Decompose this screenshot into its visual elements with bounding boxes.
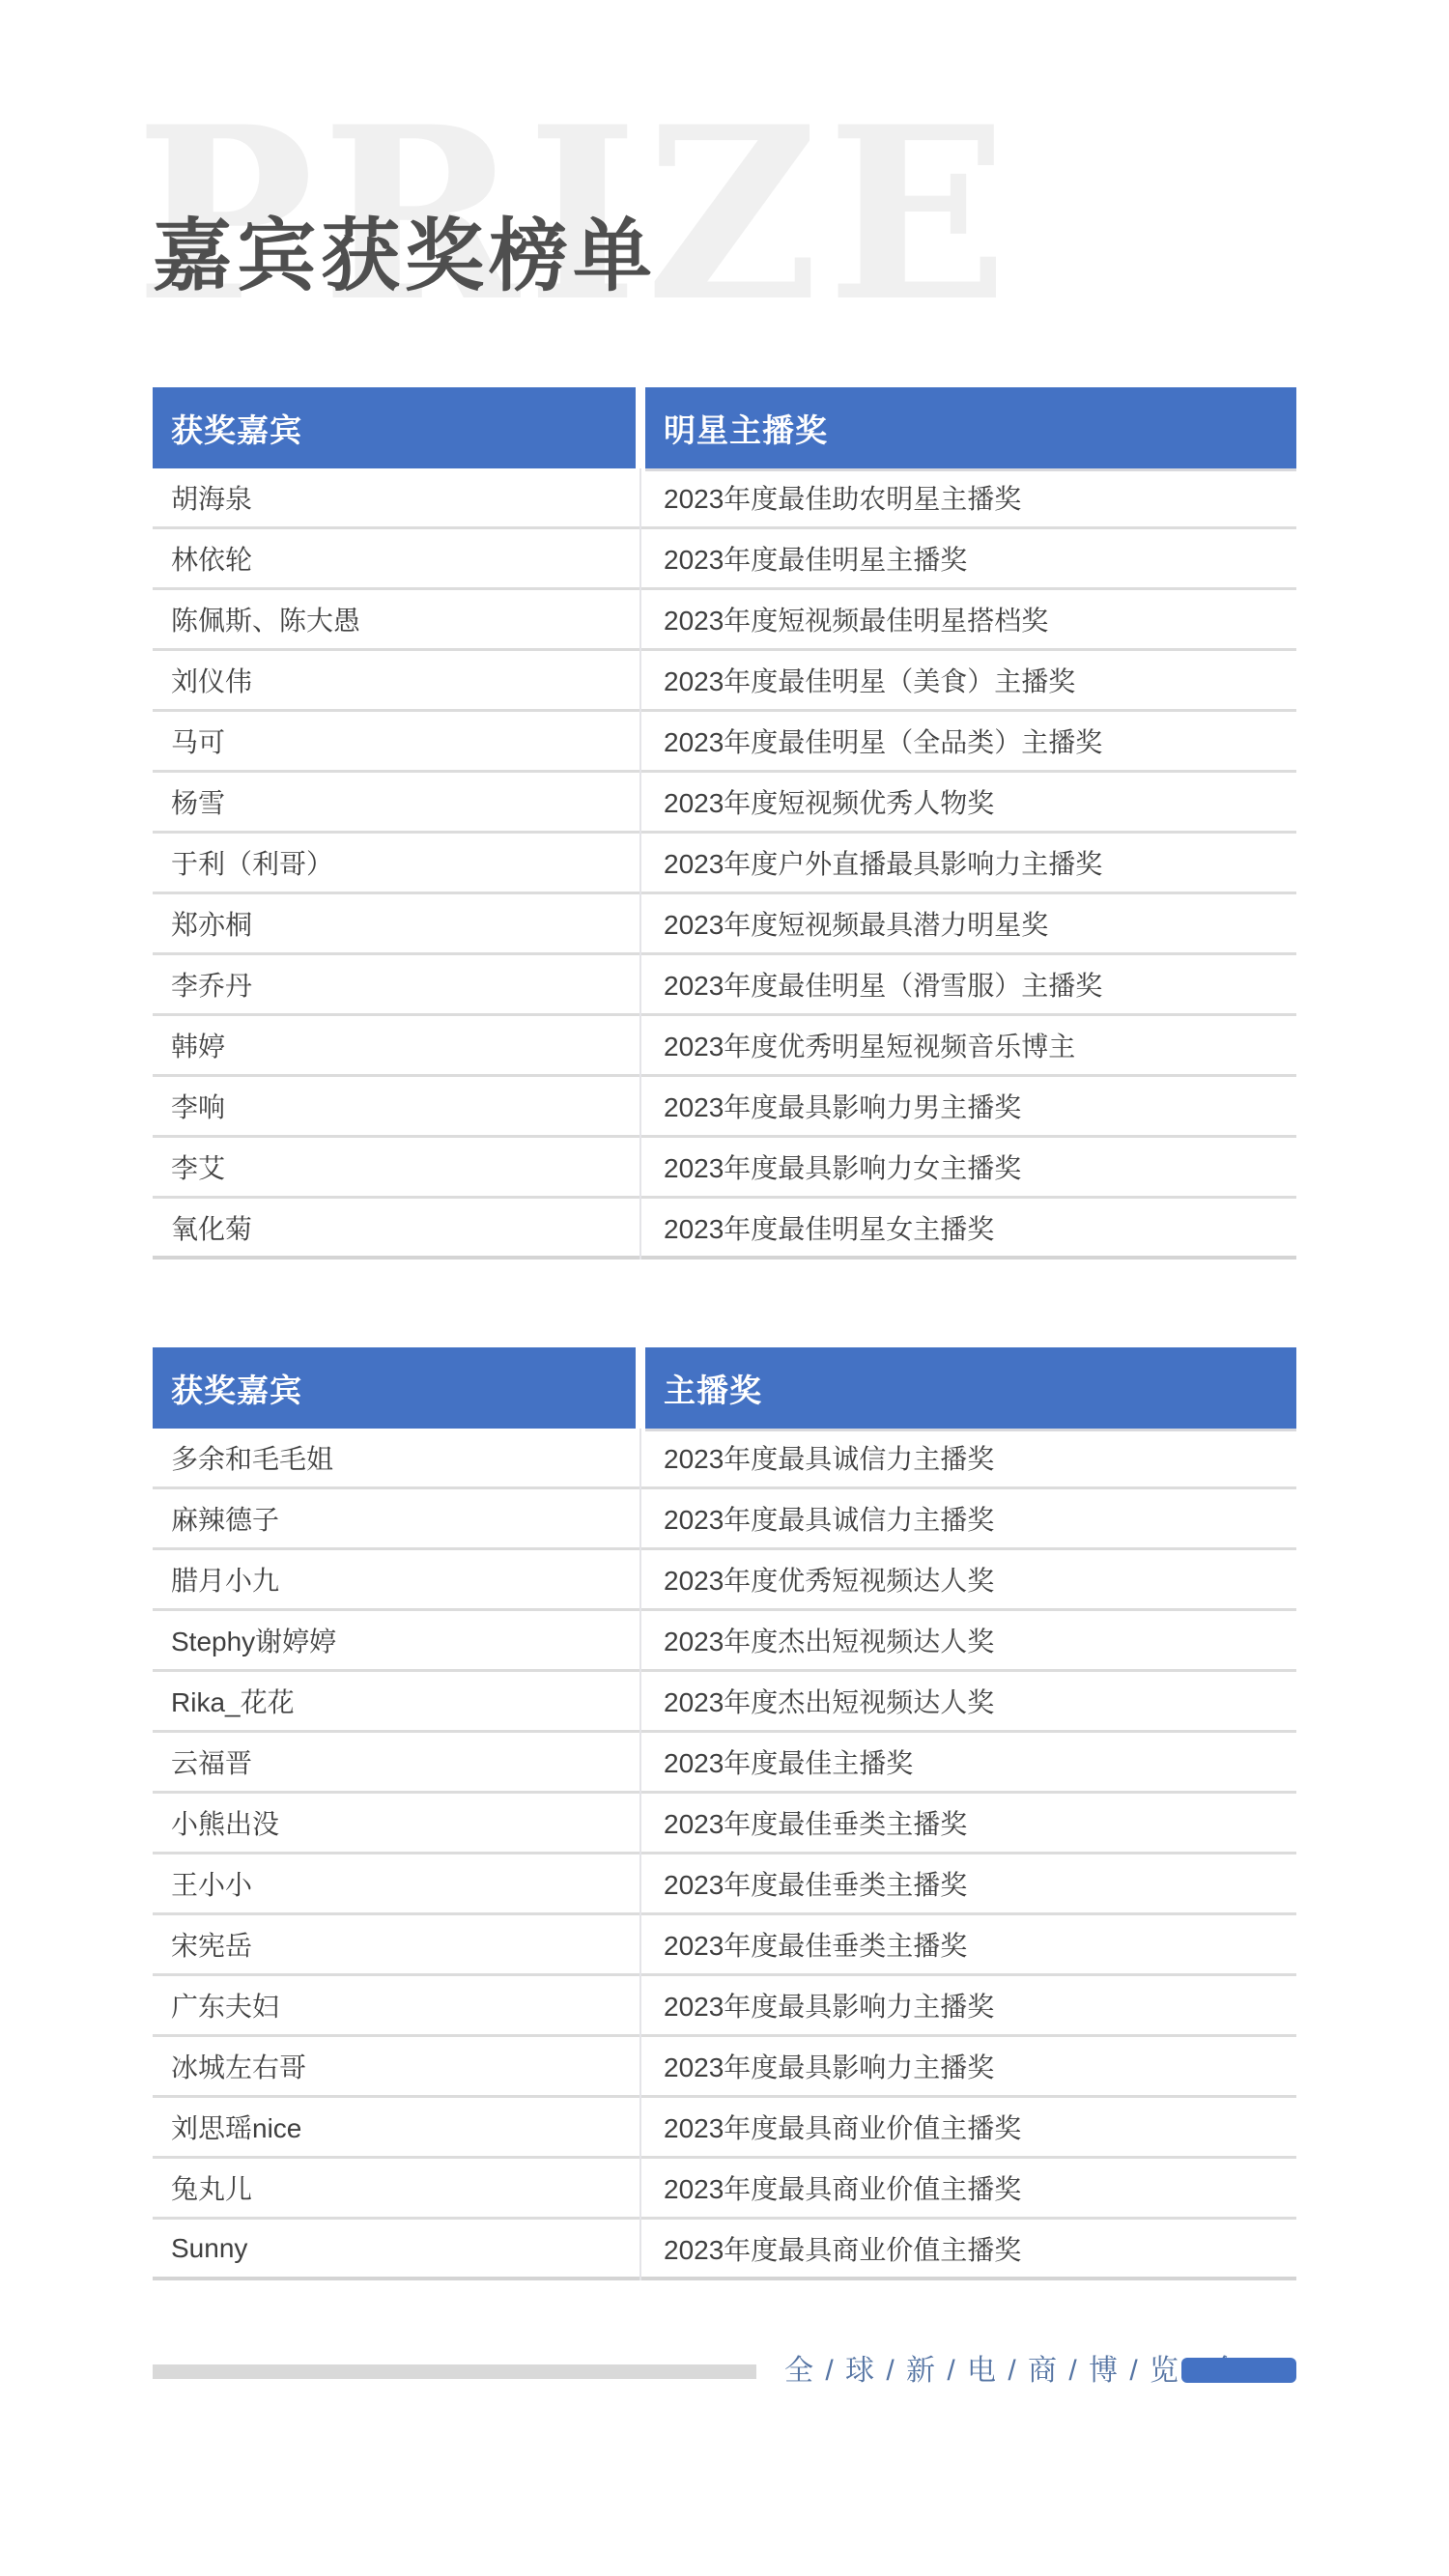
table-row: 郑亦桐2023年度短视频最具潜力明星奖: [153, 894, 1296, 955]
award-name-cell: 2023年度优秀明星短视频音乐博主: [645, 1026, 1296, 1064]
header-cell-award: 主播奖: [645, 1347, 1296, 1429]
guest-name-cell: 兔丸儿: [153, 2168, 636, 2207]
table-body: 多余和毛毛姐2023年度最具诚信力主播奖麻辣德子2023年度最具诚信力主播奖腊月…: [153, 1429, 1296, 2280]
table-row: 麻辣德子2023年度最具诚信力主播奖: [153, 1489, 1296, 1550]
award-name-cell: 2023年度最佳垂类主播奖: [645, 1925, 1296, 1964]
guest-name-cell: 胡海泉: [153, 478, 636, 517]
guest-name-cell: 小熊出没: [153, 1803, 636, 1842]
award-name-cell: 2023年度最佳垂类主播奖: [645, 1864, 1296, 1903]
guest-name-cell: 于利（利哥）: [153, 843, 636, 882]
guest-name-cell: 冰城左右哥: [153, 2047, 636, 2085]
guest-name-cell: 刘仪伟: [153, 661, 636, 699]
header-cell-guest: 获奖嘉宾: [153, 1347, 636, 1429]
guest-name-cell: Stephy谢婷婷: [153, 1621, 636, 1659]
guest-name-cell: 马可: [153, 722, 636, 760]
table-row: 小熊出没2023年度最佳垂类主播奖: [153, 1794, 1296, 1854]
footer-slogan: 全 / 球 / 新 / 电 / 商 / 博 / 览 / 会: [784, 2350, 1241, 2392]
table-row: 宋宪岳2023年度最佳垂类主播奖: [153, 1915, 1296, 1976]
guest-name-cell: 多余和毛毛姐: [153, 1438, 636, 1477]
table-row: 冰城左右哥2023年度最具影响力主播奖: [153, 2037, 1296, 2098]
table-header-row: 获奖嘉宾 明星主播奖: [153, 387, 1296, 468]
table-row: 兔丸儿2023年度最具商业价值主播奖: [153, 2159, 1296, 2220]
award-name-cell: 2023年度短视频最佳明星搭档奖: [645, 600, 1296, 638]
table-body: 胡海泉2023年度最佳助农明星主播奖林依轮2023年度最佳明星主播奖陈佩斯、陈大…: [153, 468, 1296, 1260]
table-row: 于利（利哥）2023年度户外直播最具影响力主播奖: [153, 834, 1296, 894]
guest-name-cell: 云福晋: [153, 1742, 636, 1781]
guest-name-cell: 氧化菊: [153, 1208, 636, 1247]
award-name-cell: 2023年度最佳助农明星主播奖: [645, 478, 1296, 517]
award-name-cell: 2023年度短视频优秀人物奖: [645, 782, 1296, 821]
guest-name-cell: 麻辣德子: [153, 1499, 636, 1538]
guest-name-cell: 刘思瑶nice: [153, 2108, 636, 2146]
award-name-cell: 2023年度户外直播最具影响力主播奖: [645, 843, 1296, 882]
award-name-cell: 2023年度最具诚信力主播奖: [645, 1438, 1296, 1477]
award-name-cell: 2023年度杰出短视频达人奖: [645, 1682, 1296, 1720]
guest-name-cell: 王小小: [153, 1864, 636, 1903]
award-name-cell: 2023年度最具商业价值主播奖: [645, 2229, 1296, 2268]
table-row: 氧化菊2023年度最佳明星女主播奖: [153, 1199, 1296, 1260]
anchor-award-table: 获奖嘉宾 主播奖 多余和毛毛姐2023年度最具诚信力主播奖麻辣德子2023年度最…: [153, 1347, 1296, 2280]
award-name-cell: 2023年度最具商业价值主播奖: [645, 2168, 1296, 2207]
table-row: 陈佩斯、陈大愚2023年度短视频最佳明星搭档奖: [153, 590, 1296, 651]
award-name-cell: 2023年度优秀短视频达人奖: [645, 1560, 1296, 1599]
table-row: 腊月小九2023年度优秀短视频达人奖: [153, 1550, 1296, 1611]
page-title: 嘉宾获奖榜单: [153, 211, 657, 301]
table-row: 刘思瑶nice2023年度最具商业价值主播奖: [153, 2098, 1296, 2159]
footer-accent-bar: [1181, 2358, 1296, 2383]
award-name-cell: 2023年度杰出短视频达人奖: [645, 1621, 1296, 1659]
table-row: 林依轮2023年度最佳明星主播奖: [153, 529, 1296, 590]
guest-name-cell: 林依轮: [153, 539, 636, 578]
footer-divider-bar: [153, 2364, 756, 2379]
award-name-cell: 2023年度最佳明星主播奖: [645, 539, 1296, 578]
table-row: 李响2023年度最具影响力男主播奖: [153, 1077, 1296, 1138]
header-cell-award: 明星主播奖: [645, 387, 1296, 468]
table-row: 王小小2023年度最佳垂类主播奖: [153, 1854, 1296, 1915]
guest-name-cell: 郑亦桐: [153, 904, 636, 943]
award-name-cell: 2023年度最佳明星（美食）主播奖: [645, 661, 1296, 699]
guest-name-cell: Sunny: [153, 2233, 636, 2264]
table-row: Sunny2023年度最具商业价值主播奖: [153, 2220, 1296, 2280]
guest-name-cell: 宋宪岳: [153, 1925, 636, 1964]
star-award-table: 获奖嘉宾 明星主播奖 胡海泉2023年度最佳助农明星主播奖林依轮2023年度最佳…: [153, 387, 1296, 1260]
table-row: 李艾2023年度最具影响力女主播奖: [153, 1138, 1296, 1199]
award-name-cell: 2023年度最具商业价值主播奖: [645, 2108, 1296, 2146]
header-cell-guest: 获奖嘉宾: [153, 387, 636, 468]
guest-name-cell: 杨雪: [153, 782, 636, 821]
award-name-cell: 2023年度最具影响力男主播奖: [645, 1087, 1296, 1125]
table-row: 广东夫妇2023年度最具影响力主播奖: [153, 1976, 1296, 2037]
guest-name-cell: 腊月小九: [153, 1560, 636, 1599]
award-name-cell: 2023年度最佳垂类主播奖: [645, 1803, 1296, 1842]
guest-name-cell: 韩婷: [153, 1026, 636, 1064]
award-name-cell: 2023年度短视频最具潜力明星奖: [645, 904, 1296, 943]
table-row: 马可2023年度最佳明星（全品类）主播奖: [153, 712, 1296, 773]
guest-name-cell: Rika_花花: [153, 1682, 636, 1720]
award-name-cell: 2023年度最佳主播奖: [645, 1742, 1296, 1781]
award-name-cell: 2023年度最具影响力主播奖: [645, 1986, 1296, 2024]
guest-name-cell: 李响: [153, 1087, 636, 1125]
guest-name-cell: 广东夫妇: [153, 1986, 636, 2024]
table-row: 云福晋2023年度最佳主播奖: [153, 1733, 1296, 1794]
award-name-cell: 2023年度最具影响力主播奖: [645, 2047, 1296, 2085]
table-row: 杨雪2023年度短视频优秀人物奖: [153, 773, 1296, 834]
table-row: 刘仪伟2023年度最佳明星（美食）主播奖: [153, 651, 1296, 712]
award-name-cell: 2023年度最佳明星（滑雪服）主播奖: [645, 965, 1296, 1004]
award-name-cell: 2023年度最佳明星（全品类）主播奖: [645, 722, 1296, 760]
table-row: Rika_花花2023年度杰出短视频达人奖: [153, 1672, 1296, 1733]
page: PRIZE 嘉宾获奖榜单 获奖嘉宾 明星主播奖 胡海泉2023年度最佳助农明星主…: [0, 0, 1449, 2576]
guest-name-cell: 陈佩斯、陈大愚: [153, 600, 636, 638]
award-name-cell: 2023年度最具影响力女主播奖: [645, 1147, 1296, 1186]
table-row: 多余和毛毛姐2023年度最具诚信力主播奖: [153, 1429, 1296, 1489]
table-header-row: 获奖嘉宾 主播奖: [153, 1347, 1296, 1429]
table-row: 胡海泉2023年度最佳助农明星主播奖: [153, 468, 1296, 529]
award-name-cell: 2023年度最具诚信力主播奖: [645, 1499, 1296, 1538]
table-row: Stephy谢婷婷2023年度杰出短视频达人奖: [153, 1611, 1296, 1672]
table-row: 李乔丹2023年度最佳明星（滑雪服）主播奖: [153, 955, 1296, 1016]
guest-name-cell: 李艾: [153, 1147, 636, 1186]
guest-name-cell: 李乔丹: [153, 965, 636, 1004]
award-name-cell: 2023年度最佳明星女主播奖: [645, 1208, 1296, 1247]
table-row: 韩婷2023年度优秀明星短视频音乐博主: [153, 1016, 1296, 1077]
